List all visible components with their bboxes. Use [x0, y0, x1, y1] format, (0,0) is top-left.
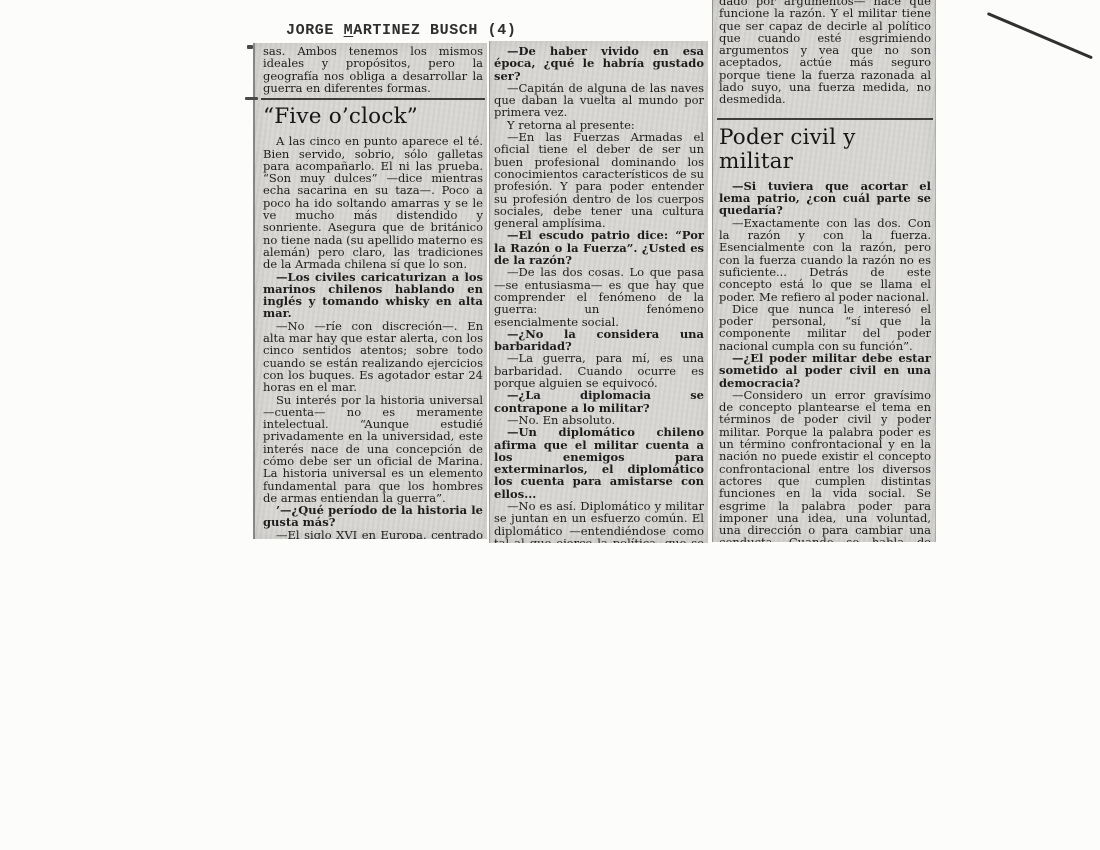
- section-heading: Poder civil y militar: [719, 126, 931, 174]
- article-paragraph: —El siglo XVI en Europa, centrado en Esp…: [263, 529, 483, 539]
- section-divider: [261, 98, 485, 100]
- text-segment: —Si tuviera que acortar el lema patrio, …: [719, 179, 931, 218]
- text-segment: —Considero un error gravísimo de concept…: [719, 388, 931, 542]
- section-heading: “Five o’clock”: [263, 105, 483, 129]
- scan-artifact-line: [987, 12, 1093, 59]
- text-segment: A las cinco en punto aparece el té. Bien…: [263, 134, 483, 271]
- section-divider: [717, 118, 933, 120]
- text-segment: sas. Ambos tenemos los mismos ideales y …: [263, 44, 483, 95]
- article-paragraph: —Exactamente con las dos. Con la razón y…: [719, 217, 931, 303]
- article-paragraph: —El escudo patrio dice: “Por la Razón o …: [494, 229, 704, 266]
- text-segment: —De haber vivido en esa época, ¿qué le h…: [494, 44, 704, 83]
- text-segment: —¿El poder militar debe estar sometido a…: [719, 351, 931, 390]
- text-segment: Su interés por la historia universal —cu…: [263, 393, 483, 505]
- article-paragraph: —No es así. Diplomático y militar se jun…: [494, 500, 704, 543]
- page-title-text: ARTINEZ BUSCH (4): [353, 22, 516, 39]
- page-title: JORGE MARTINEZ BUSCH (4): [286, 22, 516, 39]
- newspaper-column-1: sas. Ambos tenemos los mismos ideales y …: [253, 43, 487, 539]
- text-segment: Dice que nunca le interesó el poder pers…: [719, 302, 931, 353]
- scanned-page: JORGE MARTINEZ BUSCH (4) sas. Ambos tene…: [0, 0, 1100, 850]
- text-segment: —Capitán de alguna de las naves que daba…: [494, 81, 704, 120]
- text-segment: dado por argumentos— hace que funcione l…: [719, 0, 931, 106]
- article-paragraph: dado por argumentos— hace que funcione l…: [719, 0, 931, 106]
- text-segment: —El escudo patrio dice: “Por la Razón o …: [494, 228, 704, 267]
- text-segment: —De las dos cosas. Lo que pasa —se entus…: [494, 265, 704, 328]
- newspaper-column-2: —De haber vivido en esa época, ¿qué le h…: [489, 41, 708, 543]
- article-paragraph: —¿No la considera una barbaridad?: [494, 328, 704, 353]
- article-paragraph: —¿La diplomacia se contrapone a lo milit…: [494, 389, 704, 414]
- page-title-underlined-letter: M: [344, 22, 354, 39]
- article-paragraph: —Un diplomático chileno afirma que el mi…: [494, 426, 704, 500]
- article-paragraph: —No —ríe con discreción—. En alta mar ha…: [263, 320, 483, 394]
- newspaper-column-3: dado por argumentos— hace que funcione l…: [712, 0, 936, 542]
- article-paragraph: A las cinco en punto aparece el té. Bien…: [263, 135, 483, 270]
- article-paragraph: sas. Ambos tenemos los mismos ideales y …: [263, 45, 483, 94]
- article-paragraph: —Considero un error gravísimo de concept…: [719, 389, 931, 542]
- page-title-text: JORGE: [286, 22, 344, 39]
- text-segment: ’—¿Qué período de la historia le gusta m…: [263, 503, 483, 529]
- article-paragraph: —Capitán de alguna de las naves que daba…: [494, 82, 704, 119]
- article-paragraph: Su interés por la historia universal —cu…: [263, 394, 483, 505]
- text-segment: —No —ríe con discreción—. En alta mar ha…: [263, 319, 483, 394]
- text-segment: —No es así. Diplomático y militar se jun…: [494, 499, 704, 543]
- text-segment: —La guerra, para mí, es una barbaridad. …: [494, 351, 704, 390]
- article-paragraph: Dice que nunca le interesó el poder pers…: [719, 303, 931, 352]
- article-paragraph: —Los civiles caricaturizan a los marinos…: [263, 271, 483, 320]
- text-segment: —El siglo XVI en Europa, centrado en Esp…: [263, 528, 483, 539]
- text-segment: —Exactamente con las dos. Con la razón y…: [719, 216, 931, 304]
- scan-artifact-speck: [247, 45, 253, 49]
- text-segment: —¿La diplomacia se contrapone a lo milit…: [494, 388, 704, 414]
- article-paragraph: —En las Fuerzas Armadas el oficial tiene…: [494, 131, 704, 229]
- text-segment: —¿No la considera una barbaridad?: [494, 327, 704, 353]
- text-segment: —En las Fuerzas Armadas el oficial tiene…: [494, 130, 704, 230]
- article-paragraph: —De haber vivido en esa época, ¿qué le h…: [494, 45, 704, 82]
- scan-artifact-speck: [245, 97, 258, 100]
- text-segment: —Los civiles caricaturizan a los marinos…: [263, 270, 483, 321]
- article-paragraph: —La guerra, para mí, es una barbaridad. …: [494, 352, 704, 389]
- article-paragraph: —¿El poder militar debe estar sometido a…: [719, 352, 931, 389]
- article-paragraph: —De las dos cosas. Lo que pasa —se entus…: [494, 266, 704, 327]
- text-segment: —Un diplomático chileno afirma que el mi…: [494, 425, 704, 500]
- article-paragraph: ’—¿Qué período de la historia le gusta m…: [263, 504, 483, 529]
- article-paragraph: —Si tuviera que acortar el lema patrio, …: [719, 180, 931, 217]
